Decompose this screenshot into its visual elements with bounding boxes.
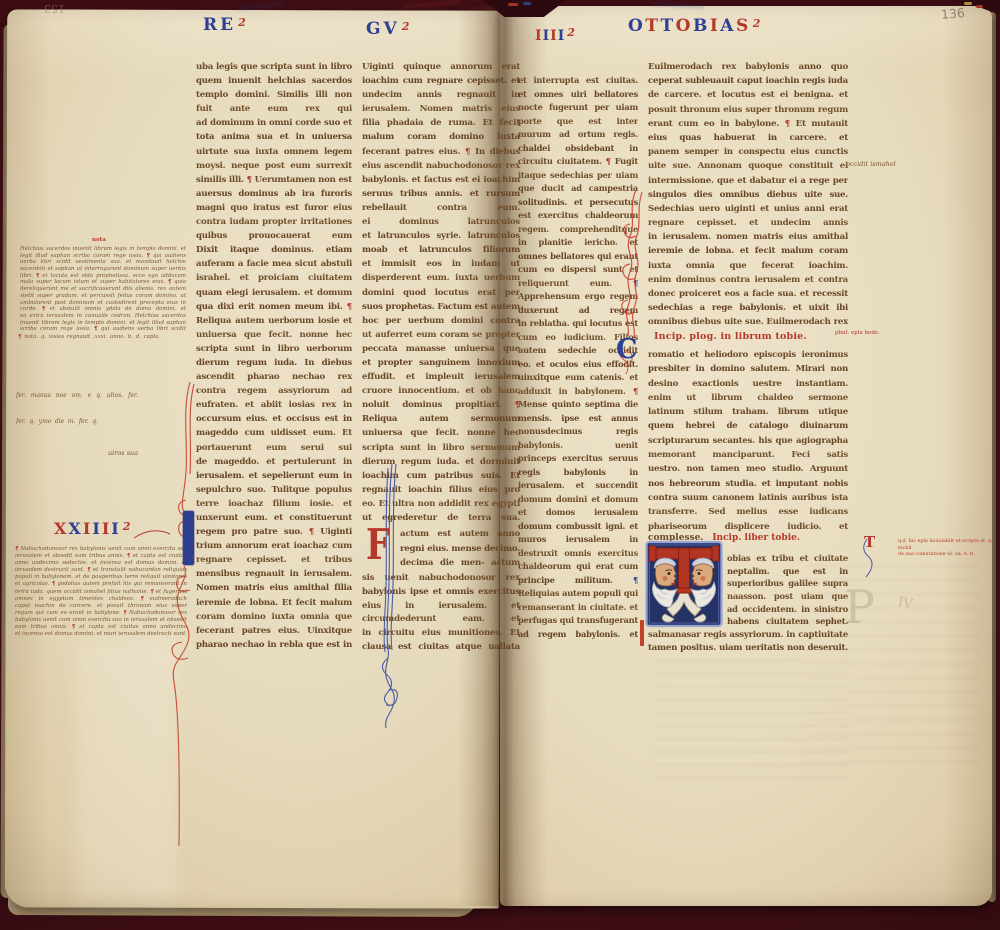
running-title-iiii: IIII2 <box>535 26 575 44</box>
running-title-gv: GV2 <box>366 19 409 39</box>
running-title-re: RE2 <box>203 15 246 35</box>
show-through-mark <box>402 0 460 8</box>
margin-note-red-line2: de sua comutatione ul. ua. n. ti. <box>898 552 996 559</box>
folio-number: 136 <box>940 5 965 22</box>
text-column-2-upper: Uiginti quinque annorum eratioachim cum … <box>362 60 520 526</box>
text-column-4-tobit-full: salmanasar regis assyriorum. in captiuit… <box>648 629 848 656</box>
margin-note-3: uiros sua <box>108 449 138 457</box>
book-rubric: Incip. liber tobie. <box>712 533 800 543</box>
red-penwork-cascade <box>606 188 648 346</box>
initial-f-chapter: F <box>366 524 390 566</box>
page-edge-speck <box>976 5 983 8</box>
margin-note-2: fer. q. ymo die m. fer. q. <box>16 418 98 427</box>
page-edge-speck <box>508 3 518 6</box>
margin-note-1: fer. manus noe om. e q. ulios. fer. manu… <box>16 392 138 401</box>
margin-note-red-line1: q.d. hic epla inuiolabilr et scripta st.… <box>898 539 996 552</box>
running-title-ottobias: OTTOBIAS2 <box>628 16 760 36</box>
red-penwork-flourish-left <box>156 380 204 850</box>
page-edge-speck <box>523 2 531 5</box>
text-column-1: uba legis que scripta sunt in libroquem … <box>196 60 352 653</box>
chapter-number-xxiiii: XXIIII2 <box>54 519 130 538</box>
margin-gloss-upper-tail: ¶ nota. q. iosias regnauit .xxxi. anno. … <box>18 334 160 342</box>
margin-note-red: pbat. epla bede. <box>835 330 880 336</box>
page-edge-speck <box>964 2 972 5</box>
margin-note-ismahel: occidit ismahel <box>846 160 896 168</box>
initial-c-prologue: C <box>616 336 638 363</box>
margin-gloss-upper: Helchias sacerdos inuenit librum legis i… <box>20 246 186 333</box>
text-column-2-beside-initial: actum est autem anno nonoregni eius. men… <box>400 527 520 571</box>
initial-i-chapter <box>183 511 194 565</box>
historiated-initial-tobias <box>645 540 723 628</box>
margin-initial-t: T <box>864 535 875 550</box>
blue-penwork-flourish-left <box>372 462 406 734</box>
gloss-title: nota <box>92 237 106 243</box>
text-column-4-prologue: romatio et heliodoro episcopis ieronimus… <box>648 348 848 534</box>
text-column-4-tobit-beside-initial: obias ex tribu et ciuitateneptalim. que … <box>727 552 848 629</box>
manuscript-photo: 153 P IV RE2 GV2 IIII2 OTTOBIAS2 136 not… <box>0 0 1000 930</box>
red-paraph-stroke <box>640 620 644 646</box>
margin-note-red-lines: q.d. hic epla inuiolabilr et scripta st.… <box>898 539 996 559</box>
text-column-4-kings-end: Euilmerodach rex babylonis anno quo regn… <box>648 60 848 331</box>
prologue-rubric: Incip. plog. in librum tobie. <box>654 331 824 342</box>
